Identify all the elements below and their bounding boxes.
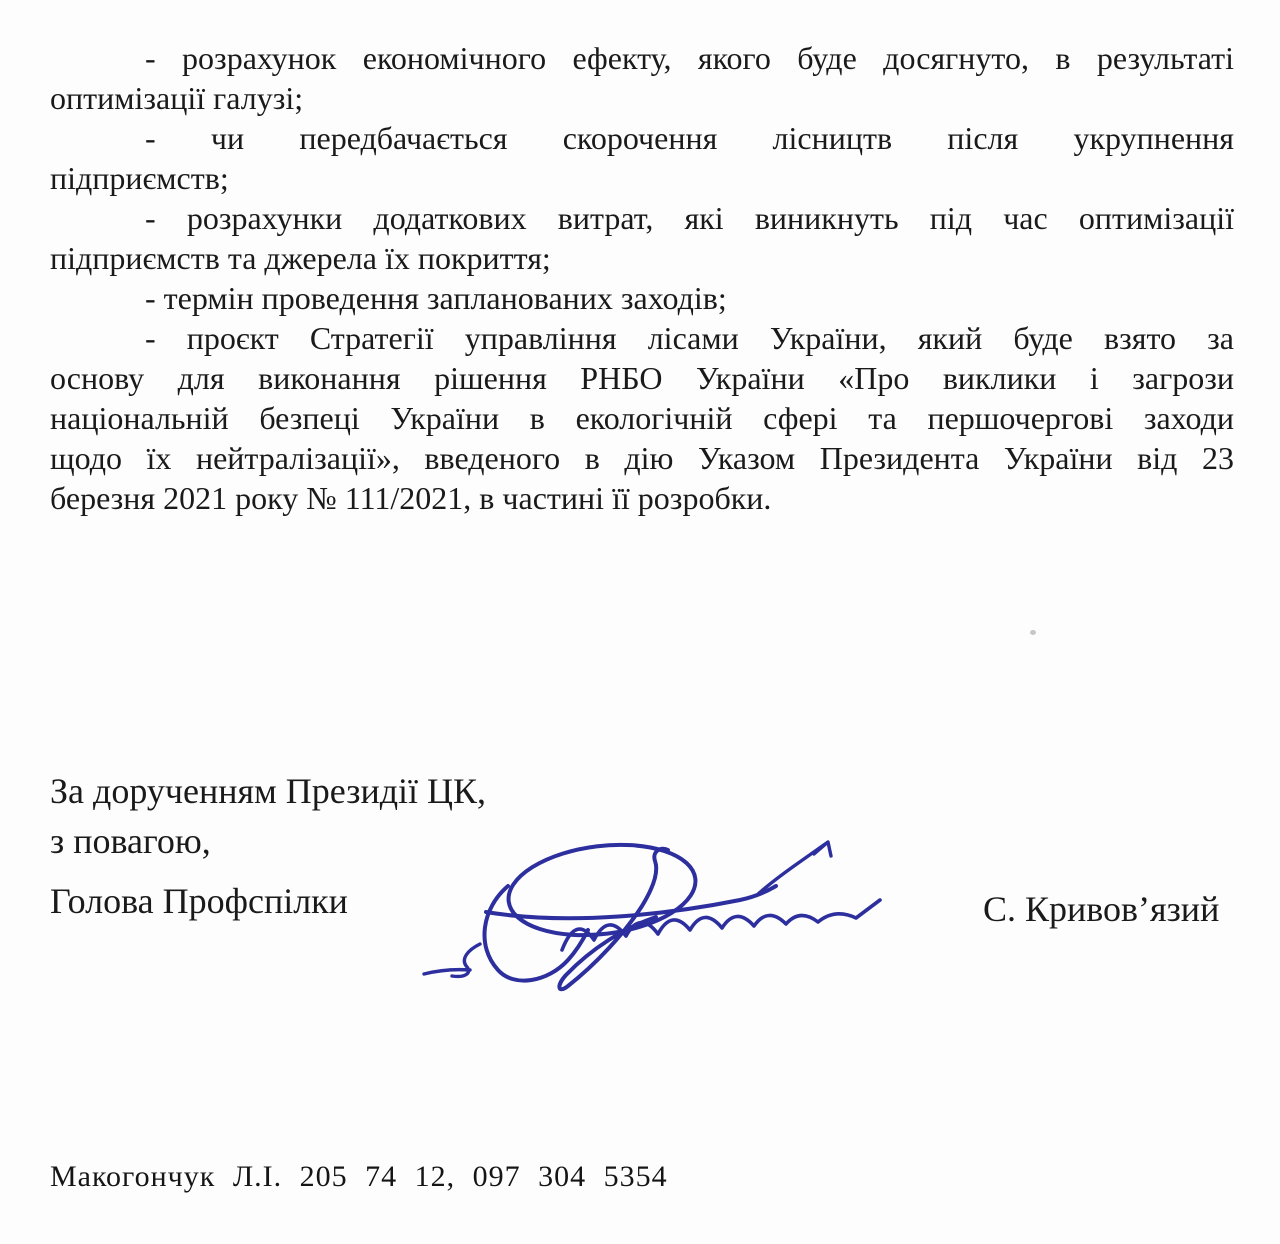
signature-flourish-stroke xyxy=(424,944,480,976)
text-line: національній безпеці України в екологічн… xyxy=(50,398,1234,438)
closing-regards: з повагою, xyxy=(50,820,211,862)
text-line: підприємств; xyxy=(50,158,1234,198)
text-line: підприємств та джерела їх покриття; xyxy=(50,238,1234,278)
closing-salutation: За дорученням Президії ЦК, xyxy=(50,770,486,812)
signature-accent-stroke xyxy=(757,842,831,895)
text-line: - чи передбачається скорочення лісництв … xyxy=(50,118,1234,158)
signer-role: Голова Профспілки xyxy=(50,880,348,922)
text-line: - розрахунок економічного ефекту, якого … xyxy=(50,38,1234,78)
text-line: щодо їх нейтралізації», введеного в дію … xyxy=(50,438,1234,478)
text-line: основу для виконання рішення РНБО Україн… xyxy=(50,358,1234,398)
signer-name: С. Кривов’язий xyxy=(983,888,1219,930)
scanned-letter-page: - розрахунок економічного ефекту, якого … xyxy=(0,0,1280,1244)
signature-zigzag-stroke xyxy=(562,900,880,950)
text-line: - термін проведення запланованих заходів… xyxy=(50,278,1234,318)
text-line: - розрахунки додаткових витрат, які вини… xyxy=(50,198,1234,238)
signature-horizontal-stroke xyxy=(486,886,776,918)
contact-line: Макогончук Л.І. 205 74 12, 097 304 5354 xyxy=(50,1160,668,1194)
text-line: оптимізації галузі; xyxy=(50,78,1234,118)
text-line: березня 2021 року № 111/2021, в частині … xyxy=(50,478,1234,518)
scan-dust-speck xyxy=(1030,630,1036,635)
text-line: - проєкт Стратегії управління лісами Укр… xyxy=(50,318,1234,358)
letter-body: - розрахунок економічного ефекту, якого … xyxy=(50,38,1234,518)
